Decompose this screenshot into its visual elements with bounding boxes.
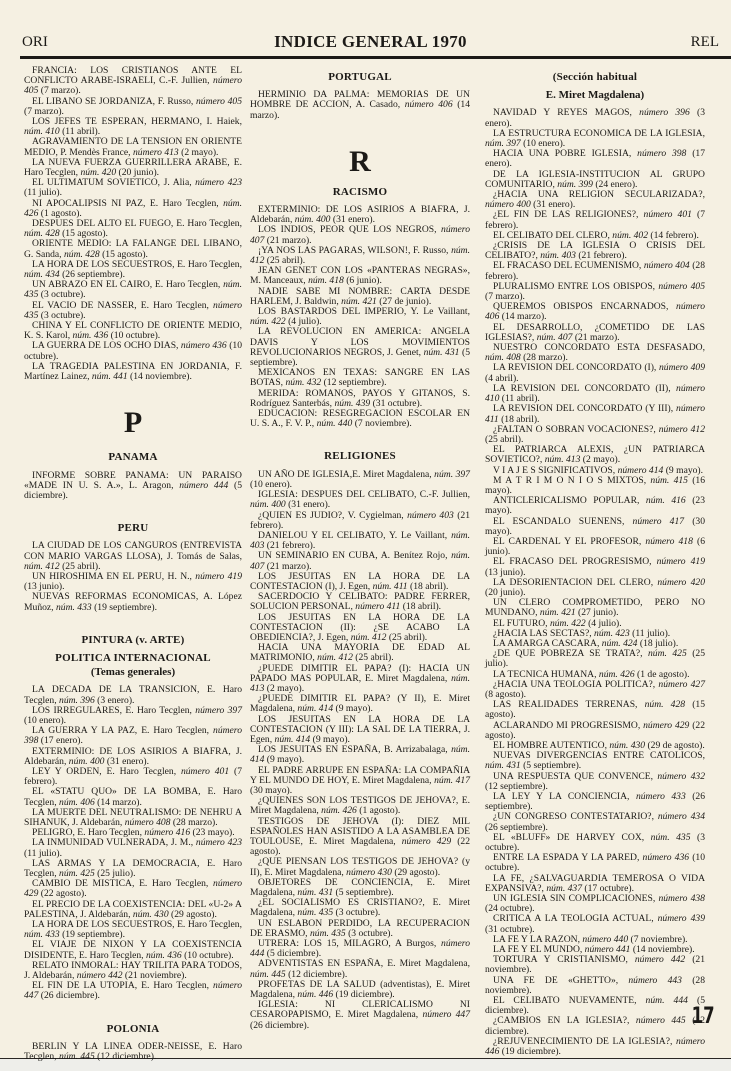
index-entry: DANIELOU Y EL CELIBATO, Y. Le Vaillant, … — [250, 531, 470, 551]
entry-list: LA CIUDAD DE LOS CANGUROS (ENTREVISTA CO… — [24, 541, 242, 612]
index-entry: JEAN GENET CON LOS «PANTERAS NEGRAS», M.… — [250, 266, 470, 286]
index-entry: LA REVISION DEL CONCORDATO (Y III), núme… — [485, 404, 705, 424]
issue-number: núm. 435 — [297, 907, 333, 918]
issue-number: número 407 — [250, 224, 470, 245]
index-entry: ANTICLERICALISMO POPULAR, núm. 416 (23 m… — [485, 496, 705, 516]
issue-number: núm. 422 — [550, 618, 586, 629]
issue-number: número 420 — [657, 577, 705, 588]
index-entry: LA NUEVA FUERZA GUERRILLERA ARABE, E. Ha… — [24, 158, 242, 178]
index-entry: UN IGLESIA SIN COMPLICACIONES, número 43… — [485, 894, 705, 914]
index-entry: ¿FALTAN O SOBRAN VOCACIONES?, número 412… — [485, 425, 705, 445]
column-right: (Sección habitual E. Miret Magdalena) NA… — [485, 66, 705, 1057]
index-entry: EL PADRE ARRUPE EN ESPAÑA: LA COMPAÑIA Y… — [250, 766, 470, 797]
index-entry: LEY Y ORDEN, E. Haro Tecglen, número 401… — [24, 767, 242, 787]
index-entry: CRITICA A LA TEOLOGIA ACTUAL, número 439… — [485, 914, 705, 934]
index-entry: EL «BLUFF» DE HARVEY COX, núm. 435 (3 oc… — [485, 833, 705, 853]
entry-list: FRANCIA: LOS CRISTIANOS ANTE EL CONFLICT… — [24, 66, 242, 382]
issue-number: núm. 435 — [24, 279, 242, 300]
issue-number: núm. 436 — [146, 950, 182, 961]
index-entry: EL CELIBATO NUEVAMENTE, núm. 444 (5 dici… — [485, 996, 705, 1016]
issue-number: núm. 444 — [646, 995, 688, 1006]
index-entry: NUEVAS DIVERGENCIAS ENTRE CATOLICOS, núm… — [485, 751, 705, 771]
issue-number: número 444 — [250, 938, 470, 959]
index-entry: NI APOCALIPSIS NI PAZ, E. Haro Tecglen, … — [24, 199, 242, 219]
entry-list: UN AÑO DE IGLESIA,E. Miret Magdalena, nú… — [250, 470, 470, 1031]
index-entry: MERIDA: ROMANOS, PAYOS Y GITANOS, S. Rod… — [250, 389, 470, 409]
issue-number: núm. 431 — [485, 760, 521, 771]
index-entry: EL ESCANDALO SUENENS, número 417 (30 may… — [485, 517, 705, 537]
issue-number: núm. 426 — [321, 805, 357, 816]
issue-number: número 418 — [645, 536, 692, 547]
issue-number: número 423 — [196, 837, 242, 848]
issue-number: núm. 413 — [545, 454, 581, 465]
index-entry: CAMBIO DE MISTICA, E. Haro Tecglen, núme… — [24, 879, 242, 899]
issue-number: número 401 — [644, 209, 692, 220]
issue-number: número 404 — [644, 260, 690, 271]
index-entry: ¿REJUVENECIMIENTO DE LA IGLESIA?, número… — [485, 1037, 705, 1057]
issue-number: núm. 432 — [285, 377, 321, 388]
issue-number: núm. 414 — [297, 703, 333, 714]
index-entry: LA REVISION DEL CONCORDATO (II), número … — [485, 384, 705, 404]
letter-heading: P — [24, 408, 242, 438]
issue-number: número 410 — [485, 383, 705, 404]
index-entry: LA REVOLUCION EN AMERICA: ANGELA DAVIS Y… — [250, 327, 470, 368]
issue-number: número 397 — [195, 705, 242, 716]
index-entry: LA CIUDAD DE LOS CANGUROS (ENTREVISTA CO… — [24, 541, 242, 572]
section-title: RACISMO — [250, 187, 470, 197]
issue-number: núm. 426 — [599, 669, 635, 680]
issue-number: núm. 400 — [250, 499, 286, 510]
index-entry: ¿EL FIN DE LAS RELIGIONES?, número 401 (… — [485, 210, 705, 230]
index-entry: EL LIBANO SE JORDANIZA, F. Russo, número… — [24, 97, 242, 117]
issue-number: núm. 428 — [64, 249, 100, 260]
index-entry: UTRERA: LOS 15, MILAGRO, A Burgos, númer… — [250, 939, 470, 959]
index-entry: EDUCACION: RESEGREGACION ESCOLAR EN U. S… — [250, 409, 470, 429]
index-entry: TESTIGOS DE JEHOVA (I): DIEZ MIL ESPAÑOL… — [250, 817, 470, 858]
index-entry: EL «STATU QUO» DE LA BOMBA, E. Haro Tecg… — [24, 787, 242, 807]
issue-number: número 438 — [658, 893, 705, 904]
index-entry: ¿HACIA UNA RELIGION SECULARIZADA?, númer… — [485, 190, 705, 210]
issue-number: núm. 396 — [59, 695, 95, 706]
index-entry: LA LEY Y LA CONCIENCIA, número 433 (26 s… — [485, 792, 705, 812]
issue-number: número 396 — [639, 107, 690, 118]
index-entry: PROFETAS DE LA SALUD (adventistas), E. M… — [250, 980, 470, 1000]
issue-number: número 447 — [422, 1009, 470, 1020]
index-entry: UN ABRAZO EN EL CAIRO, E. Haro Tecglen, … — [24, 280, 242, 300]
issue-number: núm. 414 — [250, 744, 470, 765]
entry-list: HERMINIO DA PALMA: MEMORIAS DE UN HOMBRE… — [250, 90, 470, 121]
index-entry: ¿CAMBIOS EN LA IGLESIA?, número 445 (12 … — [485, 1016, 705, 1036]
issue-number: número 406 — [485, 301, 705, 322]
page-title: INDICE GENERAL 1970 — [22, 32, 719, 52]
column-left: FRANCIA: LOS CRISTIANOS ANTE EL CONFLICT… — [24, 66, 242, 1062]
issue-number: número 417 — [633, 516, 685, 527]
issue-number: número 439 — [658, 913, 705, 924]
section-title: POLONIA — [24, 1024, 242, 1034]
issue-number: núm. 433 — [56, 602, 92, 613]
index-entry: M A T R I M O N I O S MIXTOS, núm. 415 (… — [485, 476, 705, 496]
issue-number: número 427 — [658, 679, 705, 690]
index-entry: LOS JESUITAS EN LA HORA DE LA CONTESTACI… — [250, 572, 470, 592]
issue-number: núm. 406 — [59, 797, 95, 808]
index-page: ORI INDICE GENERAL 1970 REL FRANCIA: LOS… — [0, 0, 731, 1059]
issue-number: número 433 — [636, 791, 686, 802]
index-entry: IGLESIA: NI CLERICALISMO NI CESAROPAPISM… — [250, 1000, 470, 1031]
issue-number: número 411 — [355, 601, 400, 612]
issue-number: número 434 — [658, 811, 705, 822]
issue-number: número 447 — [24, 980, 242, 1001]
issue-number: número 429 — [643, 720, 689, 731]
issue-number: núm. 431 — [424, 347, 460, 358]
issue-number: núm. 412 — [317, 652, 353, 663]
issue-number: número 413 — [133, 147, 179, 158]
index-entry: HERMINIO DA PALMA: MEMORIAS DE UN HOMBRE… — [250, 90, 470, 121]
issue-number: número 405 — [196, 96, 242, 107]
index-entry: ORIENTE MEDIO: LA FALANGE DEL LIBANO, G.… — [24, 239, 242, 259]
index-entry: ¿DE QUE POBREZA SE TRATA?, núm. 425 (25 … — [485, 649, 705, 669]
issue-number: número 444 — [179, 480, 228, 491]
index-entry: LA HORA DE LOS SECUESTROS, E. Haro Tecgl… — [24, 260, 242, 280]
section-title: PINTURA (v. ARTE) — [24, 635, 242, 645]
index-entry: NADIE SABE MI NOMBRE: CARTA DESDE HARLEM… — [250, 287, 470, 307]
issue-number: número 405 — [24, 75, 242, 96]
issue-number: núm. 440 — [317, 418, 353, 429]
index-entry: ¿QUIEN ES JUDIO?, V. Cygielman, número 4… — [250, 511, 470, 531]
issue-number: número 398 — [637, 148, 686, 159]
index-entry: EL FRACASO DEL PROGRESISMO, número 419 (… — [485, 557, 705, 577]
index-entry: LOS IRREGULARES, E. Haro Tecglen, número… — [24, 706, 242, 726]
issue-number: número 436 — [643, 852, 690, 863]
header-rule — [20, 56, 731, 59]
index-entry: UN ESLABON PERDIDO, LA RECUPERACION DE E… — [250, 919, 470, 939]
issue-number: número 409 — [659, 362, 705, 373]
section-title: POLITICA INTERNACIONAL — [24, 653, 242, 663]
issue-number: núm. 413 — [250, 673, 470, 694]
index-entry: ACLARANDO MI PROGRESISMO, número 429 (22… — [485, 721, 705, 741]
index-entry: ¿QUIENES SON LOS TESTIGOS DE JEHOVA?, E.… — [250, 796, 470, 816]
index-entry: LA TRAGEDIA PALESTINA EN JORDANIA, F. Ma… — [24, 362, 242, 382]
issue-number: número 406 — [405, 99, 453, 110]
index-entry: ADVENTISTAS EN ESPAÑA, E. Miret Magdalen… — [250, 959, 470, 979]
index-entry: LOS JEFES TE ESPERAN, HERMANO, I. Haiek,… — [24, 117, 242, 137]
header-range-end: REL — [691, 34, 719, 51]
issue-number: núm. 407 — [250, 550, 470, 571]
issue-number: núm. 445 — [59, 1051, 95, 1062]
index-entry: UN SEMINARIO EN CUBA, A. Benítez Rojo, n… — [250, 551, 470, 571]
issue-number: número 432 — [657, 771, 705, 782]
section-subtitle: E. Miret Magdalena) — [485, 90, 705, 100]
entry-list: INFORME SOBRE PANAMA: UN PARAISO «MADE I… — [24, 471, 242, 502]
section-title: PORTUGAL — [250, 72, 470, 82]
issue-number: número 401 — [181, 766, 229, 777]
issue-number: núm. 435 — [651, 832, 691, 843]
issue-number: número 430 — [346, 867, 392, 878]
entry-list: BERLIN Y LA LINEA ODER-NEISSE, E. Haro T… — [24, 1042, 242, 1062]
page-number: 17 — [692, 1004, 715, 1029]
index-entry: TORTURA Y CRISTIANISMO, número 442 (21 n… — [485, 955, 705, 975]
index-entry: ¿PUEDE DIMITIR EL PAPA? (Y II), E. Miret… — [250, 694, 470, 714]
index-entry: QUEREMOS OBISPOS ENCARNADOS, número 406 … — [485, 302, 705, 322]
index-entry: DESPUES DEL ALTO EL FUEGO, E. Haro Tecgl… — [24, 219, 242, 239]
issue-number: núm. 403 — [250, 530, 470, 551]
index-entry: EL VACIO DE NASSER, E. Haro Tecglen, núm… — [24, 301, 242, 321]
index-entry: NAVIDAD Y REYES MAGOS, número 396 (3 ene… — [485, 108, 705, 128]
index-entry: UN CLERO COMPROMETIDO, PERO NO MUNDANO, … — [485, 598, 705, 618]
index-entry: OBJETORES DE CONCIENCIA, E. Miret Magdal… — [250, 878, 470, 898]
index-entry: UNA FE DE «GHETTO», número 443 (28 novie… — [485, 976, 705, 996]
issue-number: núm. 397 — [434, 469, 470, 480]
index-entry: LA INMUNIDAD VULNERADA, J. M., número 42… — [24, 838, 242, 858]
issue-number: número 429 — [24, 878, 242, 899]
index-entry: EL PATRIARCA ALEXIS, ¿UN PATRIARCA SOVIE… — [485, 445, 705, 465]
issue-number: núm. 416 — [646, 495, 686, 506]
index-entry: PLURALISMO ENTRE LOS OBISPOS, número 405… — [485, 282, 705, 302]
index-entry: ¡YA NOS LAS PAGARAS, WILSON!, F. Russo, … — [250, 246, 470, 266]
index-entry: LA REVISION DEL CONCORDATO (I), número 4… — [485, 363, 705, 383]
index-entry: LAS ARMAS Y LA DEMOCRACIA, E. Haro Tecgl… — [24, 859, 242, 879]
index-entry: EL FRACASO DEL ECUMENISMO, número 404 (2… — [485, 261, 705, 281]
index-entry: LA FE, ¿SALVAGUARDIA TEMEROSA O VIDA EXP… — [485, 874, 705, 894]
index-entry: EL PRECIO DE LA COEXISTENCIA: DEL «U-2» … — [24, 900, 242, 920]
index-entry: NUESTRO CONCORDATO ESTA DESFASADO, núm. … — [485, 343, 705, 363]
issue-number: número 403 — [407, 510, 454, 521]
issue-number: núm. 412 — [250, 245, 470, 266]
index-entry: ¿UN CONGRESO CONTESTATARIO?, número 434 … — [485, 812, 705, 832]
index-entry: ENTRE LA ESPADA Y LA PARED, número 436 (… — [485, 853, 705, 873]
index-entry: LOS INDIOS, PEOR QUE LOS NEGROS, número … — [250, 225, 470, 245]
index-entry: LOS JESUITAS EN LA HORA DE LA CONTESTACI… — [250, 715, 470, 746]
issue-number: núm. 415 — [650, 475, 688, 486]
issue-number: número 398 — [24, 725, 242, 746]
index-entry: ¿HACIA UNA TEOLOGIA POLITICA?, número 42… — [485, 680, 705, 700]
section-title: (Sección habitual — [485, 72, 705, 82]
issue-number: número 435 — [24, 300, 242, 321]
issue-number: número 411 — [485, 403, 705, 424]
index-entry: LOS JESUITAS EN LA HORA DE LA CONTESTACI… — [250, 613, 470, 644]
index-entry: ¿CRISIS DE LA IGLESIA O CRISIS DEL CELIB… — [485, 241, 705, 261]
issue-number: número 419 — [657, 556, 705, 567]
issue-number: núm. 425 — [648, 648, 687, 659]
index-entry: ¿EL SOCIALISMO ES CRISTIANO?, E. Miret M… — [250, 898, 470, 918]
index-entry: EL ULTIMATUM SOVIETICO, J. Alia, número … — [24, 178, 242, 198]
issue-number: número 442 — [635, 954, 685, 965]
index-entry: EL VIAJE DE NIXON Y LA COEXISTENCIA DISI… — [24, 940, 242, 960]
issue-number: número 436 — [181, 340, 227, 351]
index-entry: LA ESTRUCTURA ECONOMICA DE LA IGLESIA, n… — [485, 129, 705, 149]
issue-number: núm. 445 — [250, 969, 286, 980]
index-entry: LOS JESUITAS EN ESPAÑA, B. Arrizabalaga,… — [250, 745, 470, 765]
index-entry: IGLESIA: DESPUES DEL CELIBATO, C.-F. Jul… — [250, 490, 470, 510]
issue-number: núm. 441 — [92, 371, 128, 382]
issue-number: número 445 — [636, 1015, 686, 1026]
index-entry: EL CARDENAL Y EL PROFESOR, número 418 (6… — [485, 537, 705, 557]
index-entry: AGRAVAMIENTO DE LA TENSION EN ORIENTE ME… — [24, 137, 242, 157]
index-entry: EL DESARROLLO, ¿COMETIDO DE LAS IGLESIAS… — [485, 323, 705, 343]
issue-number: número 412 — [659, 424, 705, 435]
issue-number: número 429 — [402, 836, 451, 847]
section-title: RELIGIONES — [250, 451, 470, 461]
index-entry: CHINA Y EL CONFLICTO DE ORIENTE MEDIO, K… — [24, 321, 242, 341]
issue-number: número 419 — [195, 571, 242, 582]
entry-list: EXTERMINIO: DE LOS ASIRIOS A BIAFRA, J. … — [250, 205, 470, 429]
entry-list: LA DECADA DE LA TRANSICION, E. Haro Tecg… — [24, 685, 242, 1001]
index-entry: LOS BASTARDOS DEL IMPERIO, Y. Le Vaillan… — [250, 307, 470, 327]
index-entry: UNA RESPUESTA QUE CONVENCE, número 432 (… — [485, 772, 705, 792]
index-entry: DE LA IGLESIA-INSTITUCION AL GRUPO COMUN… — [485, 170, 705, 190]
index-entry: SACERDOCIO Y CELIBATO: PADRE FERRER, SOL… — [250, 592, 470, 612]
issue-number: número 446 — [485, 1036, 705, 1057]
index-entry: LA DECADA DE LA TRANSICION, E. Haro Tecg… — [24, 685, 242, 705]
issue-number: núm. 428 — [645, 699, 685, 710]
index-entry: LA HORA DE LOS SECUESTROS, E. Haro Tecgl… — [24, 920, 242, 940]
issue-number: número 405 — [658, 281, 705, 292]
index-entry: LA GUERRA DE LOS OCHO DIAS, número 436 (… — [24, 341, 242, 361]
index-entry: EXTERMINIO: DE LOS ASIRIOS A BIAFRA, J. … — [250, 205, 470, 225]
index-entry: ¿QUE PIENSAN LOS TESTIGOS DE JEHOVA? (y … — [250, 857, 470, 877]
index-entry: LA GUERRA Y LA PAZ, E. Haro Tecglen, núm… — [24, 726, 242, 746]
section-title: PERU — [24, 523, 242, 533]
issue-number: núm. 426 — [24, 198, 242, 219]
issue-number: núm. 418 — [308, 275, 344, 286]
index-entry: NUEVAS REFORMAS ECONOMICAS, A. López Muñ… — [24, 592, 242, 612]
issue-number: número 423 — [195, 177, 242, 188]
index-entry: MEXICANOS EN TEXAS: SANGRE EN LAS BOTAS,… — [250, 368, 470, 388]
index-entry: INFORME SOBRE PANAMA: UN PARAISO «MADE I… — [24, 471, 242, 502]
index-entry: LA MUERTE DEL NEUTRALISMO: DE NEHRU A SI… — [24, 808, 242, 828]
index-entry: BERLIN Y LA LINEA ODER-NEISSE, E. Haro T… — [24, 1042, 242, 1062]
index-entry: LA DESORIENTACION DEL CLERO, número 420 … — [485, 578, 705, 598]
index-entry: UN AÑO DE IGLESIA,E. Miret Magdalena, nú… — [250, 470, 470, 490]
entry-list: NAVIDAD Y REYES MAGOS, número 396 (3 ene… — [485, 108, 705, 1057]
index-entry: EL FIN DE LA UTOPIA, E. Haro Tecglen, nú… — [24, 981, 242, 1001]
index-entry: EXTERMINIO: DE LOS ASIRIOS A BIAFRA, J. … — [24, 747, 242, 767]
issue-number: número 443 — [628, 975, 682, 986]
index-entry: HACIA UNA MAYORIA DE EDAD AL MATRIMONIO,… — [250, 643, 470, 663]
index-entry: FRANCIA: LOS CRISTIANOS ANTE EL CONFLICT… — [24, 66, 242, 97]
section-subtitle: (Temas generales) — [24, 667, 242, 677]
page-header: ORI INDICE GENERAL 1970 REL — [22, 32, 719, 56]
letter-heading: R — [250, 147, 470, 177]
index-entry: HACIA UNA POBRE IGLESIA, número 398 (17 … — [485, 149, 705, 169]
issue-number: núm. 417 — [434, 775, 470, 786]
index-entry: ¿PUEDE DIMITIR EL PAPA? (I): HACIA UN PA… — [250, 664, 470, 695]
index-entry: LAS REALIDADES TERRENAS, núm. 428 (15 ag… — [485, 700, 705, 720]
index-entry: RELATO INMORAL: HAY TRILITA PARA TODOS, … — [24, 961, 242, 981]
column-middle: PORTUGAL HERMINIO DA PALMA: MEMORIAS DE … — [250, 66, 470, 1031]
index-entry: UN HIROSHIMA EN EL PERU, H. N., número 4… — [24, 572, 242, 592]
section-title: PANAMA — [24, 452, 242, 462]
